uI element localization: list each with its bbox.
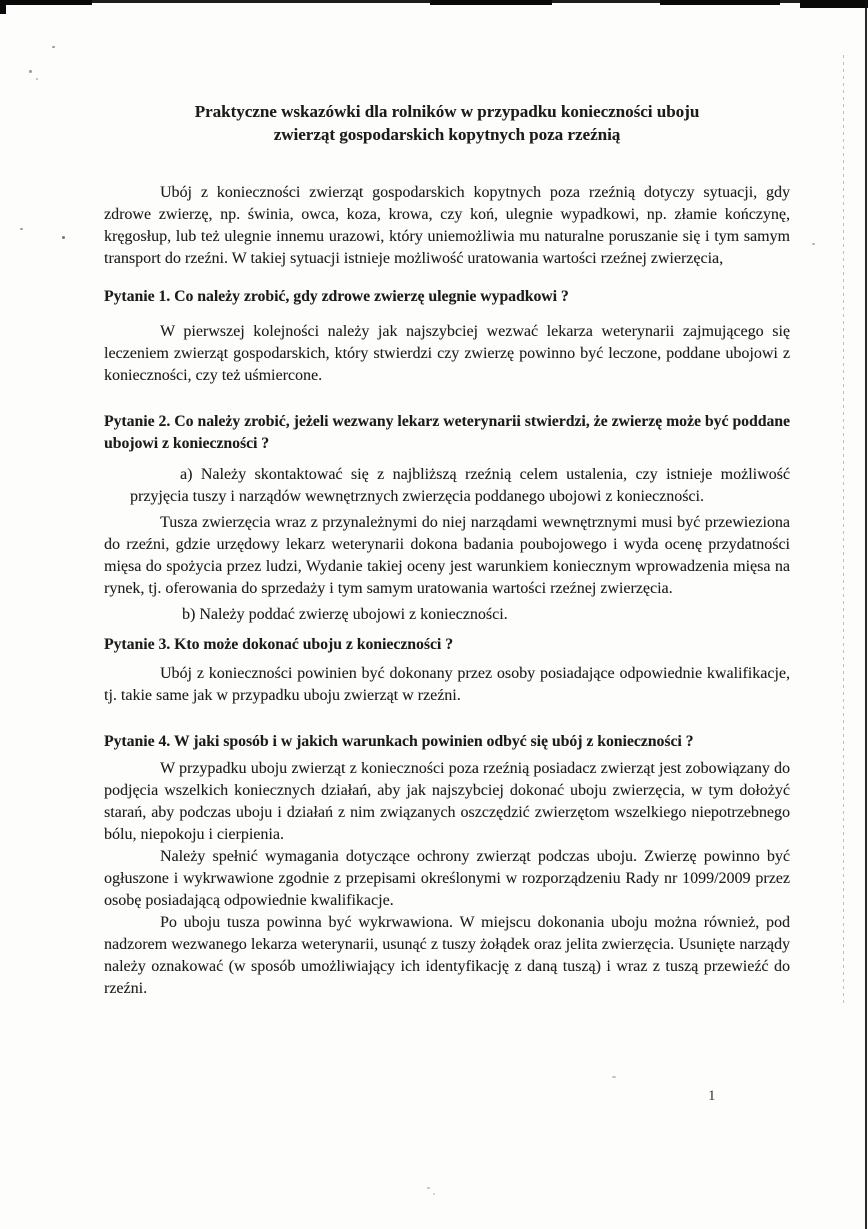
scan-edge-segment <box>430 0 552 5</box>
question-2-heading: Pytanie 2. Co należy zrobić, jeżeli wezw… <box>104 411 790 455</box>
scan-artifact-top-edge <box>0 0 868 14</box>
pencil-speck <box>20 228 23 230</box>
question-1-heading: Pytanie 1. Co należy zrobić, gdy zdrowe … <box>104 286 790 308</box>
question-1-paragraph: W pierwszej kolejności należy jak najszy… <box>104 321 790 387</box>
intro-paragraph: Ubój z konieczności zwierząt gospodarski… <box>104 182 790 270</box>
document-title: Praktyczne wskazówki dla rolników w przy… <box>104 100 790 146</box>
pencil-speck <box>36 78 38 80</box>
pencil-speck <box>427 1187 430 1189</box>
question-4-heading: Pytanie 4. W jaki sposób i w jakich waru… <box>104 731 790 753</box>
pencil-speck <box>812 243 815 245</box>
pencil-speck <box>52 46 55 48</box>
scan-edge-segment <box>660 0 780 5</box>
question-2-paragraph: Tusza zwierzęcia wraz z przynależnymi do… <box>104 512 790 600</box>
question-3-heading: Pytanie 3. Kto może dokonać uboju z koni… <box>104 634 790 656</box>
scan-artifact-dashed-fold-line <box>843 55 844 1005</box>
pencil-speck <box>433 1193 435 1195</box>
title-line-2: zwierząt gospodarskich kopytnych poza rz… <box>104 123 790 146</box>
page-number: 1 <box>708 1088 716 1105</box>
title-line-1: Praktyczne wskazówki dla rolników w przy… <box>104 100 790 123</box>
document-body: Praktyczne wskazówki dla rolników w przy… <box>104 100 790 1000</box>
question-4-paragraph-2: Należy spełnić wymagania dotyczące ochro… <box>104 846 790 912</box>
scan-artifact-right-edge <box>865 0 867 1229</box>
scan-edge-segment <box>0 0 6 14</box>
question-3-paragraph: Ubój z konieczności powinien być dokonan… <box>104 663 790 707</box>
pencil-speck <box>62 236 65 239</box>
question-4-paragraph-1: W przypadku uboju zwierząt z koniecznośc… <box>104 758 790 846</box>
scan-edge-segment <box>800 0 868 8</box>
pencil-speck <box>612 1076 616 1078</box>
question-4-paragraph-3: Po uboju tusza powinna być wykrwawiona. … <box>104 912 790 1000</box>
scanned-document-page: Praktyczne wskazówki dla rolników w przy… <box>0 0 868 1229</box>
scan-edge-segment <box>0 0 92 5</box>
scan-edge-segment <box>0 0 868 3</box>
pencil-speck <box>29 70 32 73</box>
question-2-item-a: a) Należy skontaktować się z najbliższą … <box>130 464 790 508</box>
question-2-item-b: b) Należy poddać zwierzę ubojowi z konie… <box>182 604 790 626</box>
